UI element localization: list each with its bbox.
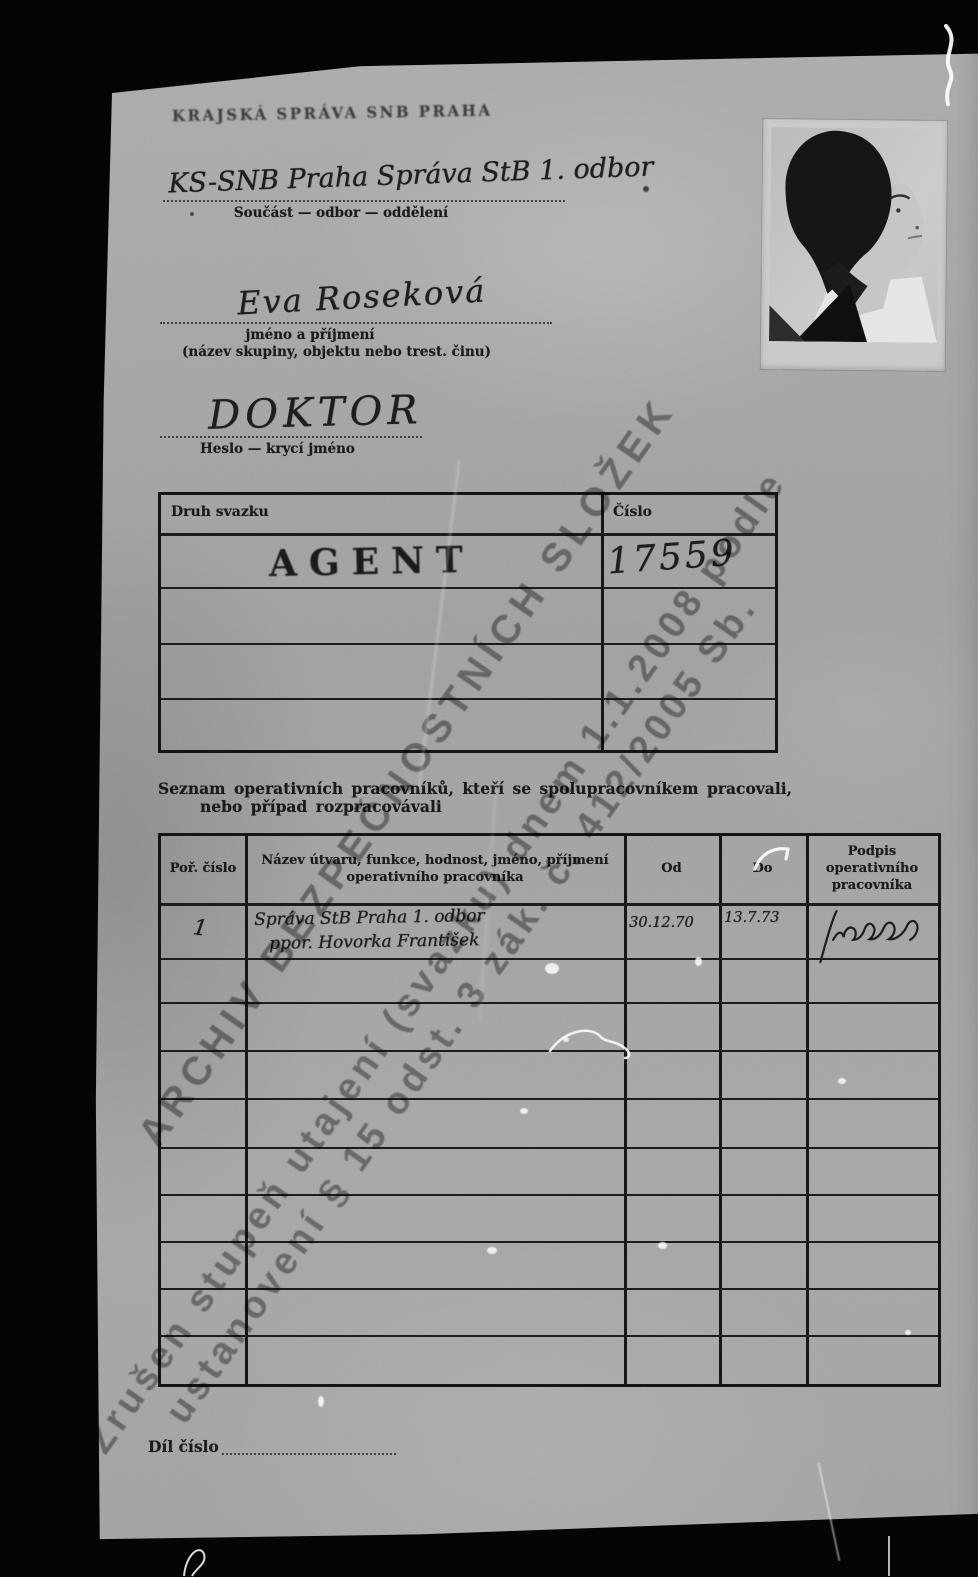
scratch-bottom-center: [888, 1536, 890, 1576]
speck: [695, 957, 702, 966]
speck: [658, 1242, 667, 1249]
crease-line: [418, 461, 460, 789]
ink-speck: [643, 186, 649, 192]
speck: [520, 1108, 528, 1114]
speck: [838, 1078, 846, 1084]
scanned-document-sheet: KRAJSKÁ SPRÁVA SNB PRAHA KS-SNB Praha Sp…: [0, 0, 978, 1577]
speck: [318, 1396, 324, 1407]
speck: [487, 1247, 497, 1254]
speck: [545, 963, 559, 974]
paper-page: KRAJSKÁ SPRÁVA SNB PRAHA KS-SNB Praha Sp…: [0, 0, 978, 1577]
white-tick: [752, 843, 794, 873]
scratch-top-right: [930, 24, 974, 108]
speck: [905, 1330, 911, 1335]
scan-artifacts: [0, 0, 978, 1577]
crease-line: [479, 780, 498, 1020]
white-squiggle: [545, 1018, 640, 1063]
scratch-bottom-left: [178, 1540, 218, 1577]
